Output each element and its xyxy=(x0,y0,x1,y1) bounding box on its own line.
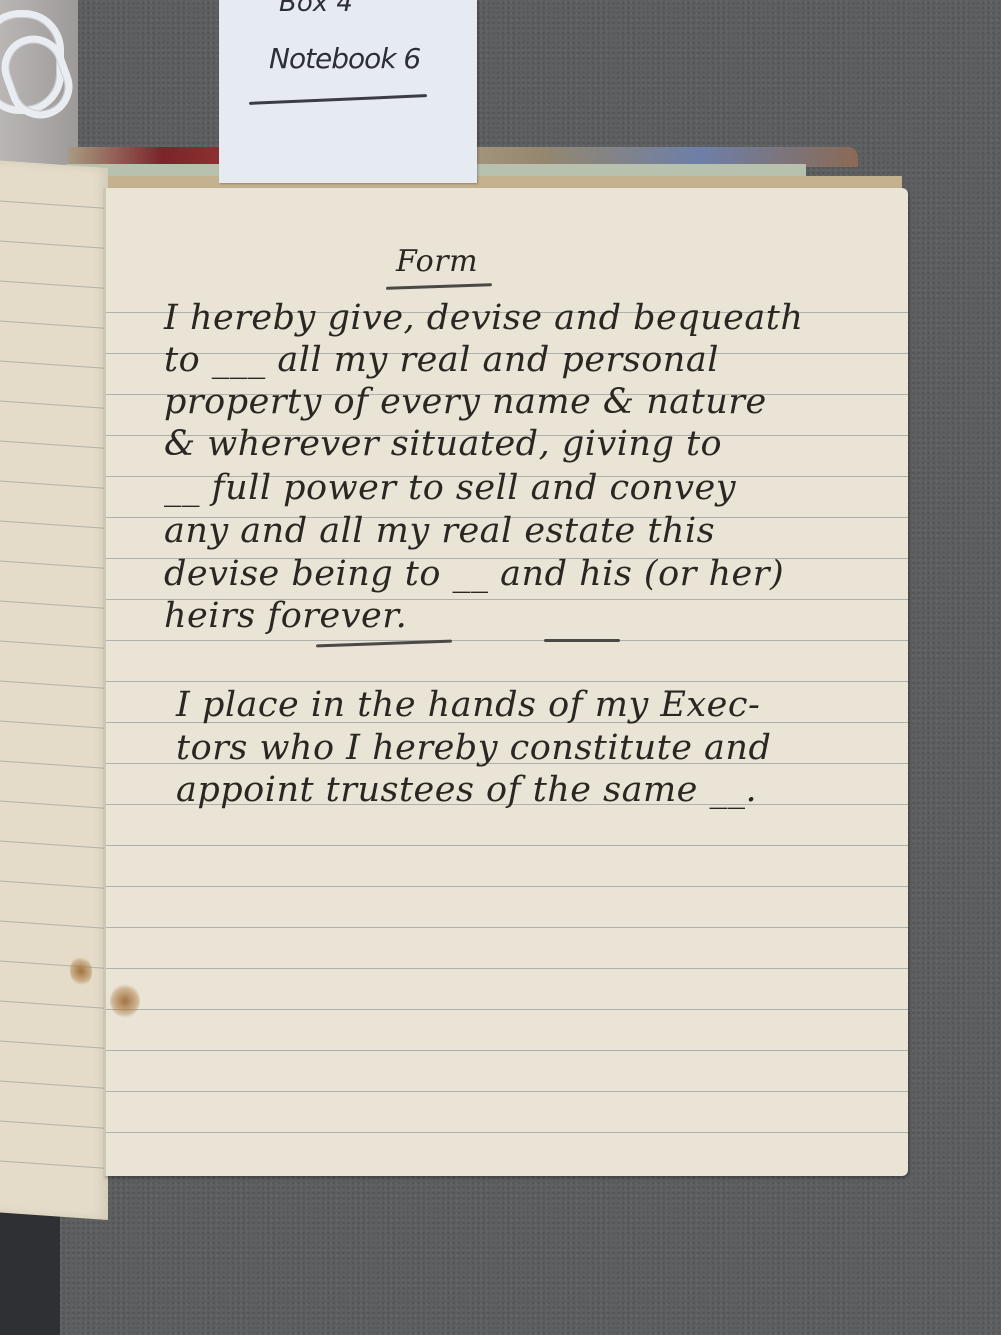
ruled-line xyxy=(106,1132,908,1133)
label-underline xyxy=(249,94,427,105)
text-line: property of every name & nature xyxy=(164,382,767,422)
ruled-line xyxy=(106,968,908,969)
right-page: Form I hereby give, devise and bequeath … xyxy=(104,188,908,1176)
ruled-line xyxy=(0,640,108,649)
ruled-line xyxy=(0,440,108,449)
ruled-line xyxy=(0,560,108,569)
ruled-line xyxy=(0,320,108,329)
ruled-line xyxy=(0,1080,108,1089)
text-line: tors who I hereby constitute and xyxy=(176,728,771,768)
text-line: __ full power to sell and convey xyxy=(164,468,736,508)
ruled-line xyxy=(106,927,908,928)
ruled-line xyxy=(0,520,108,529)
ruled-line xyxy=(0,680,108,689)
left-page xyxy=(0,160,108,1220)
ruled-line xyxy=(0,720,108,729)
text-line: to ___ all my real and personal xyxy=(164,340,719,380)
text-line: any and all my real estate this xyxy=(164,511,715,551)
text-line: heirs forever. xyxy=(164,596,407,636)
ruled-line xyxy=(0,760,108,769)
ruled-line xyxy=(0,1160,108,1169)
ruled-line xyxy=(106,681,908,682)
ruled-line xyxy=(106,1091,908,1092)
ruled-line xyxy=(0,800,108,809)
ruled-line xyxy=(0,360,108,369)
ruled-line xyxy=(0,1120,108,1129)
label-box-number: Box 4 xyxy=(279,0,353,18)
ruled-line xyxy=(0,400,108,409)
text-line: I place in the hands of my Exec- xyxy=(176,685,760,725)
label-title: Notebook 6 xyxy=(269,42,420,75)
heading-form: Form xyxy=(396,244,478,279)
ruled-line xyxy=(106,640,908,641)
ruled-line xyxy=(0,480,108,489)
ruled-line xyxy=(0,1040,108,1049)
ruled-line xyxy=(0,920,108,929)
ruled-line xyxy=(0,280,108,289)
ruled-line xyxy=(0,600,108,609)
ruled-line xyxy=(0,200,108,209)
text-line: & wherever situated, giving to xyxy=(164,424,722,464)
ruled-line xyxy=(106,845,908,846)
ruled-line xyxy=(106,1009,908,1010)
text-line: I hereby give, devise and bequeath xyxy=(164,298,803,338)
ruled-line xyxy=(106,886,908,887)
text-line: devise being to __ and his (or her) xyxy=(164,554,784,594)
rust-stain xyxy=(110,984,140,1018)
section-divider xyxy=(544,639,620,642)
heading-underline xyxy=(386,283,492,290)
ruled-line xyxy=(0,880,108,889)
ruled-line xyxy=(0,960,108,969)
ruled-line xyxy=(0,840,108,849)
ruled-line xyxy=(106,1050,908,1051)
ruled-line xyxy=(0,240,108,249)
text-line: appoint trustees of the same __. xyxy=(176,770,757,810)
ruled-line xyxy=(0,1000,108,1009)
archive-label-tag: Box 4 Notebook 6 xyxy=(219,0,477,183)
rust-stain xyxy=(70,955,92,987)
